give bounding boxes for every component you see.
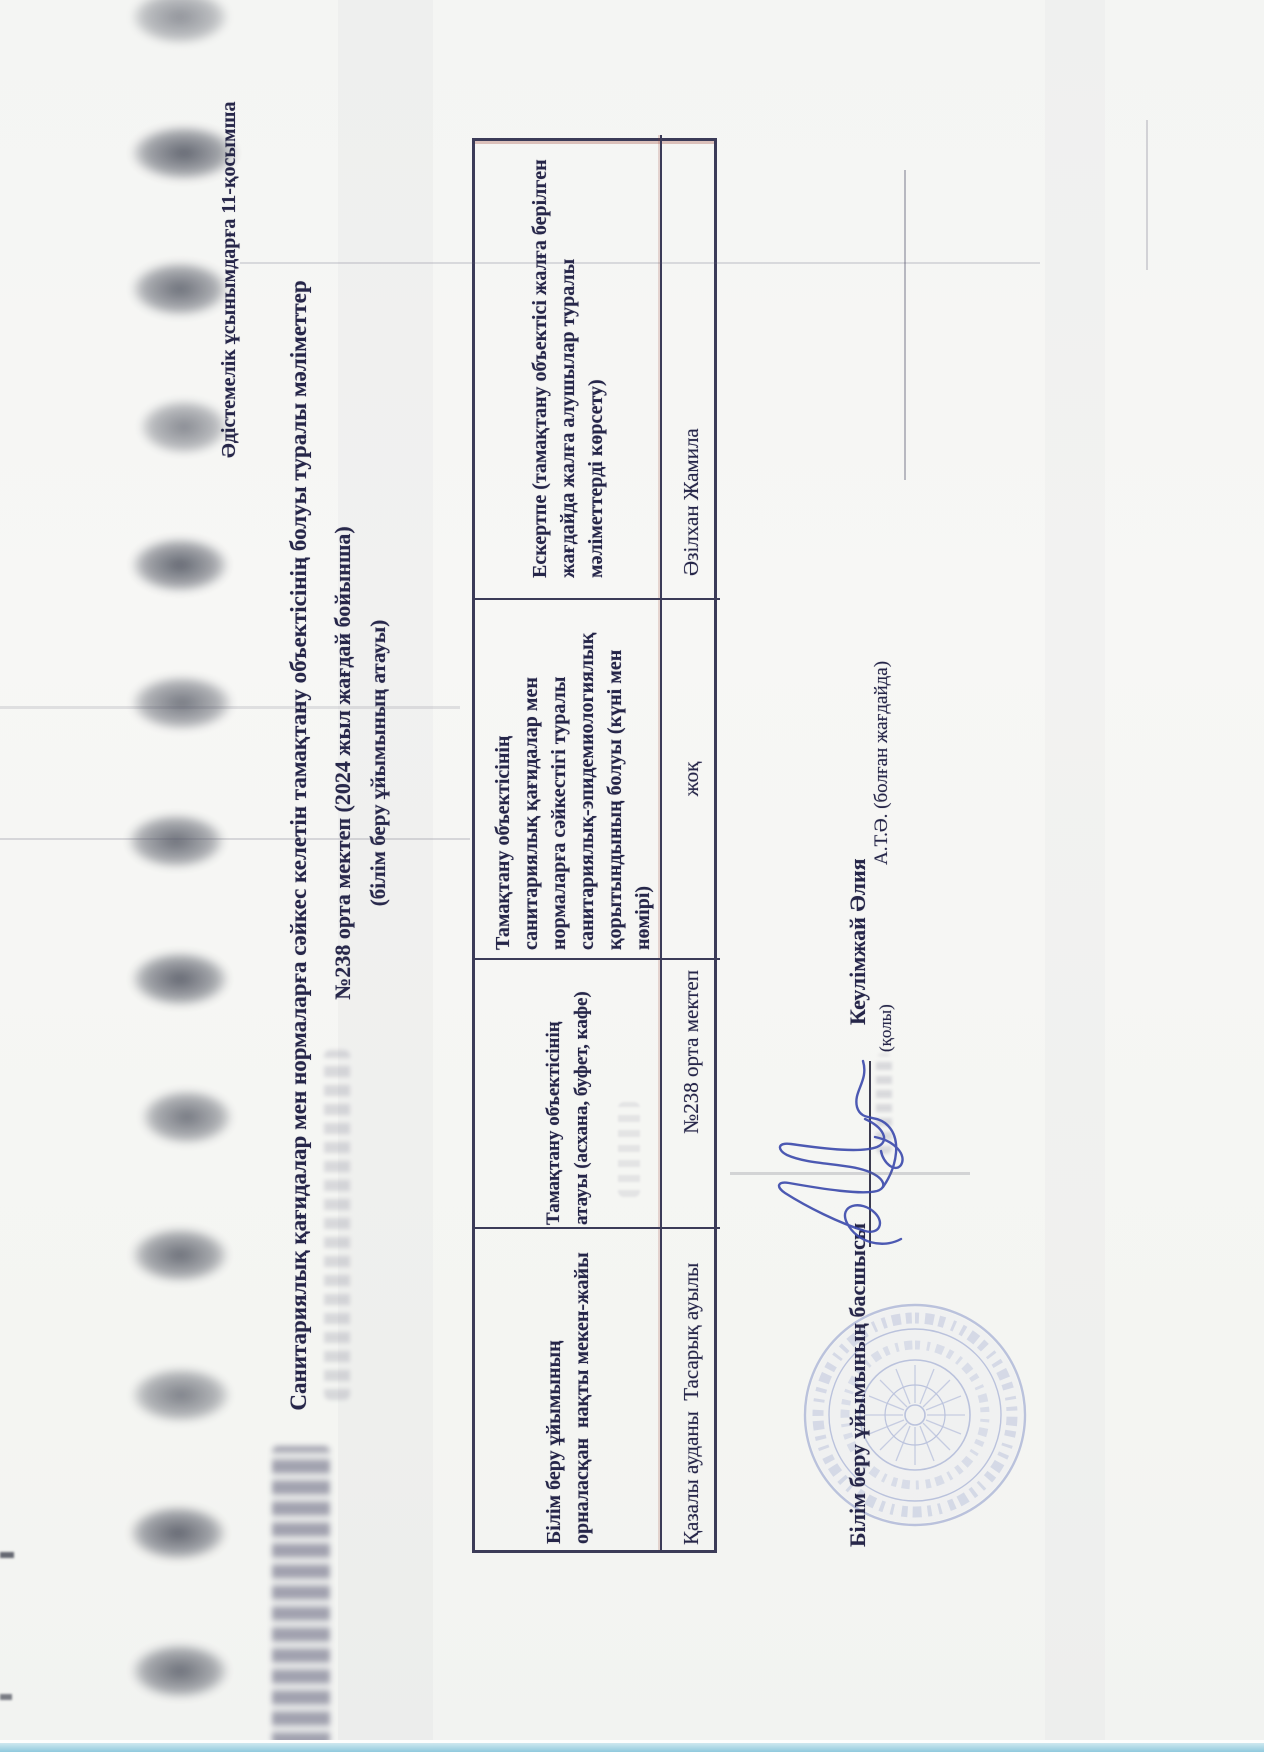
table-cell-sanitary-conclusion: жоқ: [660, 600, 720, 960]
food-facility-info-table: Білім беру ұйымының орналасқан нақты мек…: [472, 138, 717, 1553]
table-header-note: Ескертпе (тамақтану объектісі жалға бері…: [475, 135, 660, 600]
table-header-sanitary-conclusion: Тамақтану объектісінің санитариялық қағи…: [475, 600, 660, 960]
scanned-document-page: Әдістемелік ұсынымдарға 11-қосымша Санит…: [0, 0, 1264, 1752]
signer-name: Кеулімжай Әлия: [845, 858, 871, 1025]
handwritten-signature: [765, 1032, 910, 1257]
table-cell-facility-name: №238 орта мектеп: [660, 960, 720, 1229]
document-title-line-2: №238 орта мектеп (2024 жыл жағдай бойынш…: [330, 143, 356, 1383]
table-cell-note: Әзілхан Жамила: [660, 135, 720, 600]
table-cell-address: Қазалы ауданы Тасарық ауылы: [660, 1229, 720, 1550]
document-title-line-1: Санитариялық қағидалар мен нормаларға сә…: [286, 138, 312, 1553]
fullname-caption: А.Т.Ә. (болған жағдайда): [871, 661, 893, 865]
signer-role-label: Білім беру ұйымының басшысы: [845, 1223, 871, 1547]
table-header-facility-name: Тамақтану объектісінің атауы (асхана, бу…: [475, 960, 660, 1229]
appendix-label: Әдістемелік ұсынымдарға 11-қосымша: [218, 128, 241, 458]
round-official-stamp: [800, 1300, 1030, 1530]
document-title-line-3: (білім беру ұйымының атауы): [366, 143, 391, 1383]
table-header-address: Білім беру ұйымының орналасқан нақты мек…: [475, 1229, 660, 1550]
document-content: Әдістемелік ұсынымдарға 11-қосымша Санит…: [0, 0, 1264, 1752]
